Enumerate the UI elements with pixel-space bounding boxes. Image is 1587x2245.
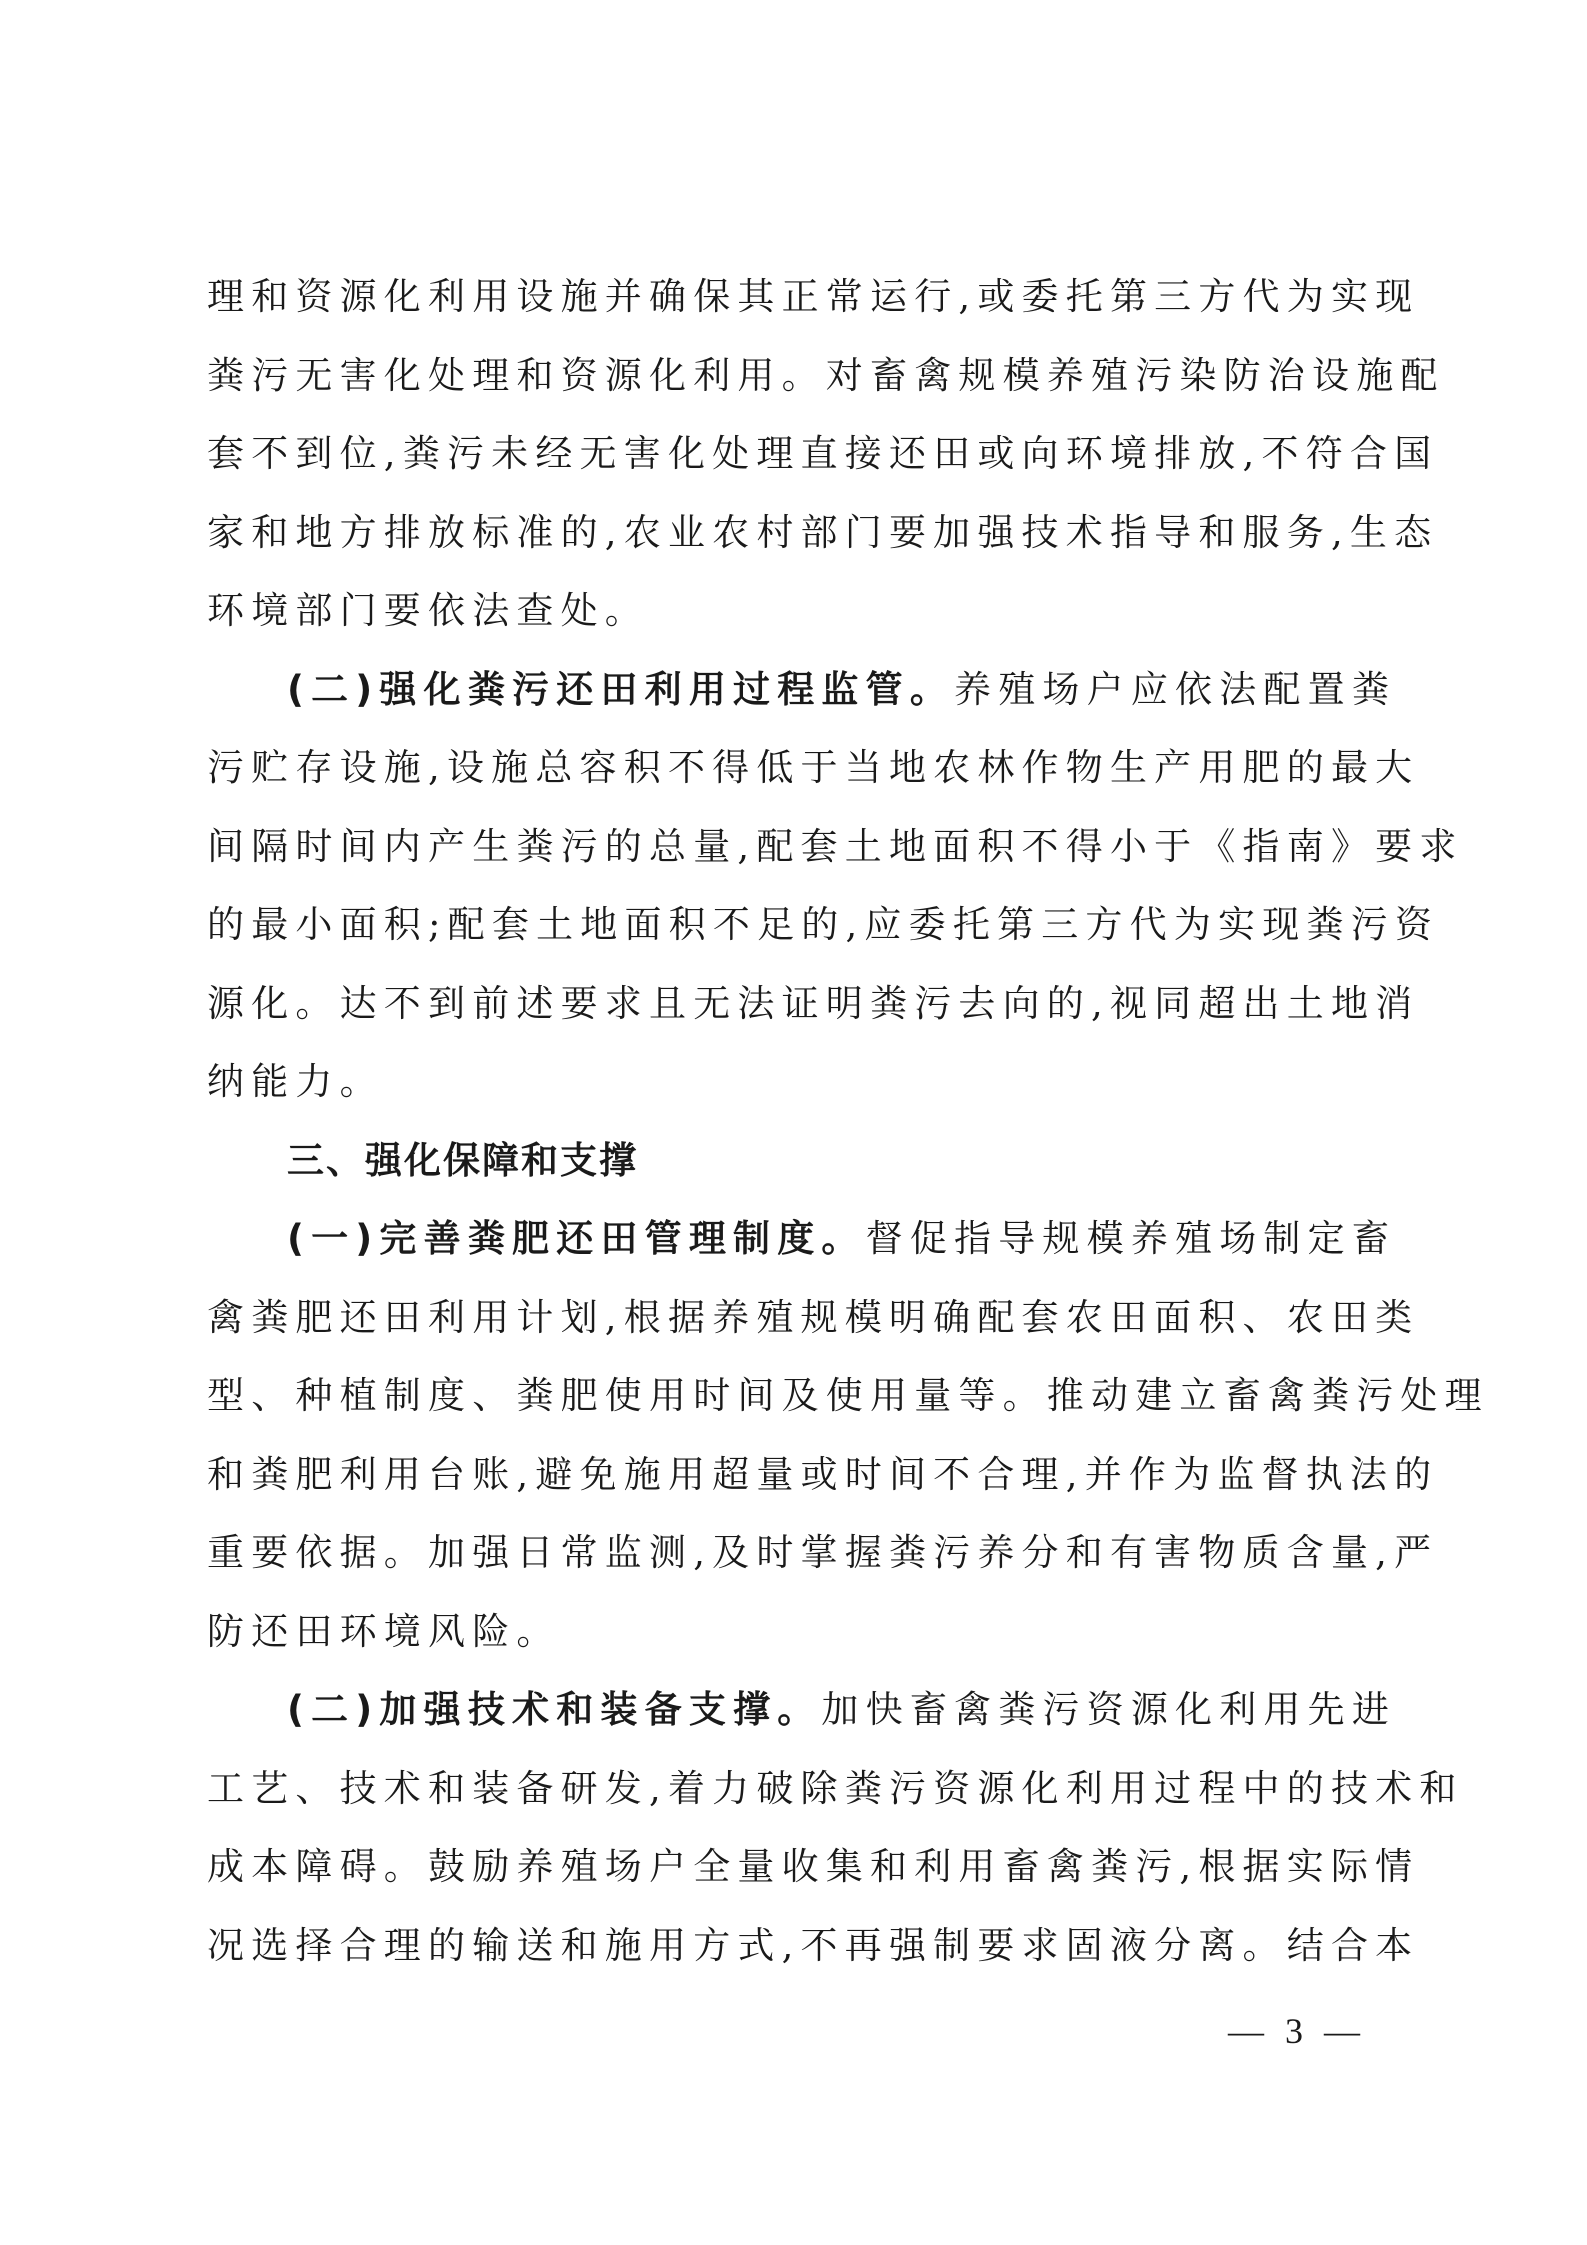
text-line: 和粪肥利用台账,避免施用超量或时间不合理,并作为监督执法的 — [207, 1436, 1392, 1515]
text-line: 家和地方排放标准的,农业农村部门要加强技术指导和服务,生态 — [207, 494, 1392, 573]
text-line: 污贮存设施,设施总容积不得低于当地农林作物生产用肥的最大 — [207, 729, 1392, 808]
section-heading: 三、强化保障和支撑 — [207, 1122, 1392, 1201]
document-body: 理和资源化利用设施并确保其正常运行,或委托第三方代为实现 粪污无害化处理和资源化… — [207, 258, 1392, 1985]
text-run: 养殖场户应依法配置粪 — [954, 668, 1396, 711]
text-line: 重要依据。加强日常监测,及时掌握粪污养分和有害物质含量,严 — [207, 1514, 1392, 1593]
text-line: 的最小面积;配套土地面积不足的,应委托第三方代为实现粪污资 — [207, 886, 1392, 965]
paragraph-1: 理和资源化利用设施并确保其正常运行,或委托第三方代为实现 粪污无害化处理和资源化… — [207, 258, 1392, 651]
text-line: 间隔时间内产生粪污的总量,配套土地面积不得小于《指南》要求 — [207, 808, 1392, 887]
text-line: (二)加强技术和装备支撑。加快畜禽粪污资源化利用先进 — [207, 1671, 1392, 1750]
text-line: 成本障碍。鼓励养殖场户全量收集和利用畜禽粪污,根据实际情 — [207, 1828, 1392, 1907]
subsection-title: (二)加强技术和装备支撑。 — [287, 1688, 821, 1731]
text-line: 工艺、技术和装备研发,着力破除粪污资源化利用过程中的技术和 — [207, 1750, 1392, 1829]
paragraph-2: (二)强化粪污还田利用过程监管。养殖场户应依法配置粪 污贮存设施,设施总容积不得… — [207, 651, 1392, 1122]
text-line: 粪污无害化处理和资源化利用。对畜禽规模养殖污染防治设施配 — [207, 337, 1392, 416]
text-line: 套不到位,粪污未经无害化处理直接还田或向环境排放,不符合国 — [207, 415, 1392, 494]
text-line: 理和资源化利用设施并确保其正常运行,或委托第三方代为实现 — [207, 258, 1392, 337]
text-line: 源化。达不到前述要求且无法证明粪污去向的,视同超出土地消 — [207, 965, 1392, 1044]
text-line: 型、种植制度、粪肥使用时间及使用量等。推动建立畜禽粪污处理 — [207, 1357, 1392, 1436]
text-line: 纳能力。 — [207, 1043, 1392, 1122]
page-number: — 3 — — [1228, 2010, 1366, 2052]
text-line: 防还田环境风险。 — [207, 1593, 1392, 1672]
text-line: 况选择合理的输送和施用方式,不再强制要求固液分离。结合本 — [207, 1907, 1392, 1986]
subsection-title: (二)强化粪污还田利用过程监管。 — [287, 668, 954, 711]
subsection-title: (一)完善粪肥还田管理制度。 — [287, 1217, 866, 1260]
text-run: 督促指导规模养殖场制定畜 — [866, 1217, 1396, 1260]
text-line: (二)强化粪污还田利用过程监管。养殖场户应依法配置粪 — [207, 651, 1392, 730]
paragraph-3: (一)完善粪肥还田管理制度。督促指导规模养殖场制定畜 禽粪肥还田利用计划,根据养… — [207, 1200, 1392, 1671]
paragraph-4: (二)加强技术和装备支撑。加快畜禽粪污资源化利用先进 工艺、技术和装备研发,着力… — [207, 1671, 1392, 1985]
text-line: 环境部门要依法查处。 — [207, 572, 1392, 651]
text-line: (一)完善粪肥还田管理制度。督促指导规模养殖场制定畜 — [207, 1200, 1392, 1279]
text-run: 加快畜禽粪污资源化利用先进 — [821, 1688, 1396, 1731]
text-line: 禽粪肥还田利用计划,根据养殖规模明确配套农田面积、农田类 — [207, 1279, 1392, 1358]
